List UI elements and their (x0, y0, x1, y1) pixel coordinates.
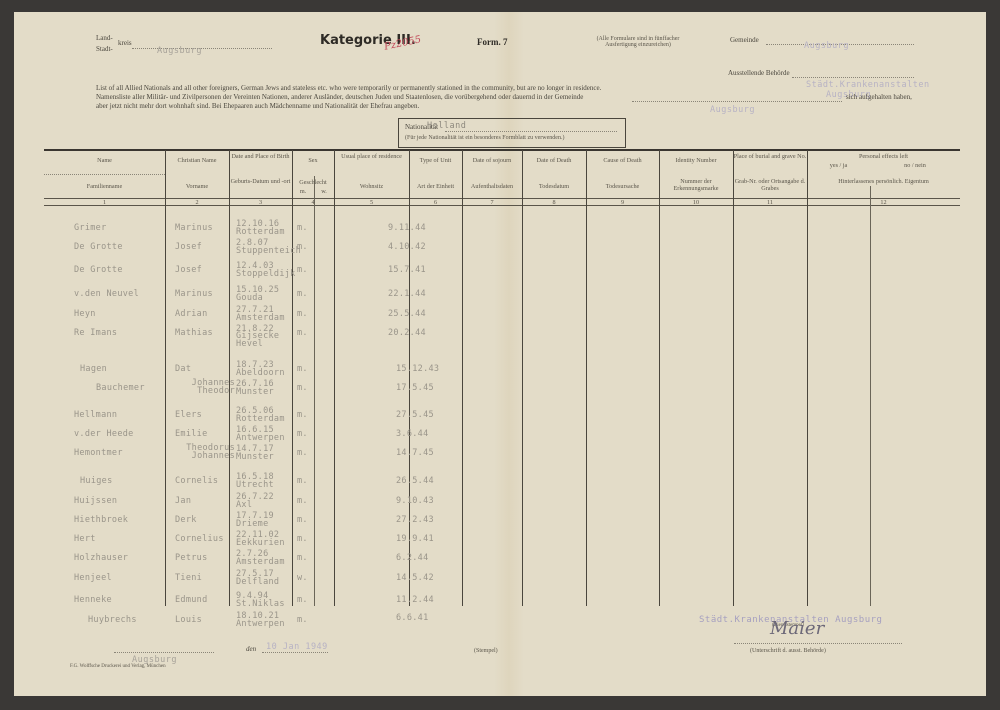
cell-place: Munster (236, 452, 274, 462)
col-first-num: 2 (165, 199, 229, 206)
cell-place: Axl (236, 500, 252, 510)
cell-place: Antwerpen (236, 433, 285, 443)
cell-place: Rotterdam (236, 414, 285, 424)
col-divider-effects (870, 186, 871, 606)
cell-first: Jan (175, 496, 191, 506)
cell-sex: m. (297, 328, 308, 338)
cell-name: Huiges (80, 476, 113, 486)
col-sex-m: m. (292, 188, 314, 195)
cell-death: 6.2.44 (396, 553, 429, 563)
cell-place: St.Niklas (236, 599, 285, 609)
gemeinde-label: Gemeinde (730, 36, 759, 44)
gemeinde-inline-dotted-line (632, 100, 842, 102)
cell-place: Gijsecke Hevel (236, 332, 296, 348)
col-divider (165, 150, 166, 606)
cell-place: Stoppeldijk (236, 269, 296, 279)
cell-death: 27.2.43 (396, 515, 434, 525)
cell-first: Josef (175, 242, 202, 252)
col-death-en: Date of Death (522, 157, 586, 164)
cell-sex: m. (297, 476, 308, 486)
col-divider (659, 150, 660, 606)
cell-first: Marinus (175, 223, 213, 233)
cell-name: Heyn (74, 309, 96, 319)
col-divider (334, 150, 335, 606)
col-unit-en: Type of Unit (409, 157, 462, 164)
cell-name: Henjeel (74, 573, 112, 583)
col-divider (733, 150, 734, 606)
cell-name: v.der Heede (74, 429, 134, 439)
cell-first: Josef (175, 265, 202, 275)
col-divider (807, 150, 808, 606)
cell-sex: m. (297, 265, 308, 275)
document-page: Land- kreis Stadt- Augsburg Kategorie II… (14, 12, 986, 696)
col-sojourn-de: Aufenthaltsdaten (462, 183, 522, 190)
form-number: Form. 7 (477, 37, 508, 47)
cell-place: Gouda (236, 293, 263, 303)
cell-first: Derk (175, 515, 197, 525)
cell-death: 15.7.41 (388, 265, 426, 275)
col-sex-de: Geschlecht (292, 179, 334, 186)
cell-place: Abeldoorn (236, 368, 285, 378)
cell-sex: m. (297, 289, 308, 299)
cell-first: Theodorus Johannes (175, 444, 235, 460)
cell-death: 19.9.41 (396, 534, 434, 544)
signature-dotted-line (734, 642, 902, 644)
col-name-num: 1 (44, 199, 165, 206)
den-label: den (246, 645, 256, 653)
list-description-de-1: Namensliste aller Militär- und Zivilpers… (96, 93, 583, 101)
col-name-de: Familienname (44, 183, 165, 190)
col-effects-en: Personal effects left (807, 153, 960, 160)
stadt-label: Stadt- (96, 45, 113, 53)
cell-sex: m. (297, 410, 308, 420)
cell-name: Bauchemer (96, 383, 145, 393)
col-effects-de: Hinterlassenes persönlich. Eigentum (807, 178, 960, 185)
cell-sex: m. (297, 309, 308, 319)
cell-death: 9.10.43 (396, 496, 434, 506)
col-unit-de: Art der Einheit (409, 183, 462, 190)
behoerde-dotted-line (792, 76, 914, 78)
cell-sex: m. (297, 534, 308, 544)
cell-place: Drieme (236, 519, 269, 529)
cell-first: Marinus (175, 289, 213, 299)
cell-sex: m. (297, 553, 308, 563)
col-cause-num: 9 (586, 199, 659, 206)
cell-sex: m. (297, 496, 308, 506)
cell-place: Eekkurien (236, 538, 285, 548)
cell-first: Cornelius (175, 534, 224, 544)
col-first-en: Christian Name (165, 157, 229, 164)
cell-death: 25.5.44 (388, 309, 426, 319)
col-divider-sex (314, 176, 315, 606)
cell-name: Grimer (74, 223, 107, 233)
stadt-value: Augsburg (157, 46, 202, 56)
col-cause-en: Cause of Death (586, 157, 659, 164)
col-sex-num: 4 (292, 199, 334, 206)
stempel-label: (Stempel) (474, 648, 498, 654)
cell-death: 27.5.45 (396, 410, 434, 420)
col-identity-en: Identity Number (659, 157, 733, 164)
cell-death: 22.1.44 (388, 289, 426, 299)
cell-sex: m. (297, 615, 308, 625)
cell-death: 14.5.42 (396, 573, 434, 583)
cell-death: 11.2.44 (396, 595, 434, 605)
col-sex-w: w. (314, 188, 334, 195)
col-divider (462, 150, 463, 606)
cell-name: Hert (74, 534, 96, 544)
cell-first: Emilie (175, 429, 208, 439)
cell-place: Delfland (236, 577, 279, 587)
cell-name: Henneke (74, 595, 112, 605)
cell-place: Rotterdam (236, 227, 285, 237)
col-burial-num: 11 (733, 199, 807, 206)
cell-sex: m. (297, 595, 308, 605)
col-burial-en: Place of burial and grave No. (733, 153, 807, 160)
cell-death: 15.12.43 (396, 364, 439, 374)
cell-first: Elers (175, 410, 202, 420)
cell-death: 3.6.44 (396, 429, 429, 439)
col-residence-num: 5 (334, 199, 409, 206)
cell-place: Munster (236, 387, 274, 397)
cell-first: Johannes Theodor (175, 379, 235, 395)
col-first-de: Vorname (165, 183, 229, 190)
col-effects-num: 12 (807, 199, 960, 206)
cell-death: 6.6.41 (396, 613, 429, 623)
col-name-en: Name (44, 157, 165, 164)
col-death-de: Todesdatum (522, 183, 586, 190)
cell-place: Stuppenteich (236, 246, 301, 256)
cell-first: Louis (175, 615, 202, 625)
behoerde-label: Ausstellende Behörde (728, 69, 790, 77)
list-description-en: List of all Allied Nationals and all oth… (96, 84, 601, 92)
cell-place: Antwerpen (236, 619, 285, 629)
cell-name: Hiethbroek (74, 515, 128, 525)
col-divider (586, 150, 587, 606)
cell-first: Adrian (175, 309, 208, 319)
gemeinde-inline-value: Augsburg (710, 105, 755, 115)
col-identity-de: Nummer der Erkennungsmarke (659, 178, 733, 192)
signature: Maier (770, 618, 824, 639)
col-residence-de: Wohnsitz (334, 183, 409, 190)
list-description-de-2: aber jetzt nicht mehr dort wohnhaft sind… (96, 102, 419, 110)
table-top-rule (44, 149, 960, 151)
cell-name: v.den Neuvel (74, 289, 139, 299)
cell-sex: m. (297, 448, 308, 458)
list-description-de-1-end: sich aufgehalten haben, (846, 93, 912, 101)
cell-place: Amsterdam (236, 313, 285, 323)
col-sojourn-num: 7 (462, 199, 522, 206)
col-divider (292, 150, 293, 606)
cell-death: 9.11.44 (388, 223, 426, 233)
cell-first: Petrus (175, 553, 208, 563)
signature-label: (Unterschrift d. ausst. Behörde) (750, 648, 826, 654)
gemeinde-value: Augsburg (804, 41, 849, 51)
place-dotted-line (114, 651, 214, 653)
landkreis-label-1: Land- (96, 34, 113, 42)
col-effects-yes: yes / ja (807, 162, 870, 169)
stadt-dotted-line (132, 47, 272, 49)
cell-first: Mathias (175, 328, 213, 338)
cell-first: Cornelis (175, 476, 218, 486)
col-cause-de: Todesursache (586, 183, 659, 190)
cell-place: Utrecht (236, 480, 274, 490)
col-birth-num: 3 (229, 199, 292, 206)
cell-sex: m. (297, 223, 308, 233)
cell-sex: w. (297, 573, 308, 583)
cell-death: 4.10.42 (388, 242, 426, 252)
printer-imprint: F.G. Wolffsche Druckerei und Verlag, Mün… (70, 664, 166, 669)
col-sex-en: Sex (292, 157, 334, 164)
cell-sex: m. (297, 383, 308, 393)
col-birth-de: Geburts-Datum und -ort (229, 178, 292, 185)
cell-name: Huybrechs (88, 615, 137, 625)
footer-date: 10 Jan 1949 (266, 642, 328, 652)
cell-name: Holzhauser (74, 553, 128, 563)
col-unit-num: 6 (409, 199, 462, 206)
col-divider (522, 150, 523, 606)
cell-name: Huijssen (74, 496, 117, 506)
cell-name: De Grotte (74, 242, 123, 252)
behoerde-value-1: Städt.Krankenanstalten (806, 80, 930, 90)
cell-death: 14.7.45 (396, 448, 434, 458)
copies-note: (Alle Formulare sind in fünffacher Ausfe… (588, 36, 688, 48)
cell-name: Hemontmer (74, 448, 123, 458)
cell-sex: m. (297, 429, 308, 439)
col-identity-num: 10 (659, 199, 733, 206)
cell-name: De Grotte (74, 265, 123, 275)
cell-death: 26.5.44 (396, 476, 434, 486)
nationality-dotted-line (445, 130, 617, 132)
cell-death: 20.2.44 (388, 328, 426, 338)
cell-first: Edmund (175, 595, 208, 605)
col-birth-en: Date and Place of Birth (229, 153, 292, 160)
col-effects-no: no / nein (870, 162, 960, 169)
cell-sex: m. (297, 242, 308, 252)
nationality-note: (Für jede Nationalität ist ein besondere… (405, 135, 564, 141)
cell-place: Amsterdam (236, 557, 285, 567)
cell-first: Tieni (175, 573, 202, 583)
cell-name: Hellmann (74, 410, 117, 420)
cell-name: Hagen (80, 364, 107, 374)
col-residence-en: Usual place of residence (334, 153, 409, 160)
cell-sex: m. (297, 364, 308, 374)
cell-first: Dat (175, 364, 191, 374)
col-sojourn-en: Date of sojourn (462, 157, 522, 164)
col-death-num: 8 (522, 199, 586, 206)
cell-death: 17.5.45 (396, 383, 434, 393)
nationality-box: Nationalität Holland (Für jede Nationali… (398, 118, 626, 148)
name-divider (44, 174, 165, 176)
cell-name: Re Imans (74, 328, 117, 338)
landkreis-label-2: kreis (118, 39, 132, 47)
cell-sex: m. (297, 515, 308, 525)
col-burial-de: Grab-Nr. oder Ortsangabe d. Grabes (733, 178, 807, 192)
